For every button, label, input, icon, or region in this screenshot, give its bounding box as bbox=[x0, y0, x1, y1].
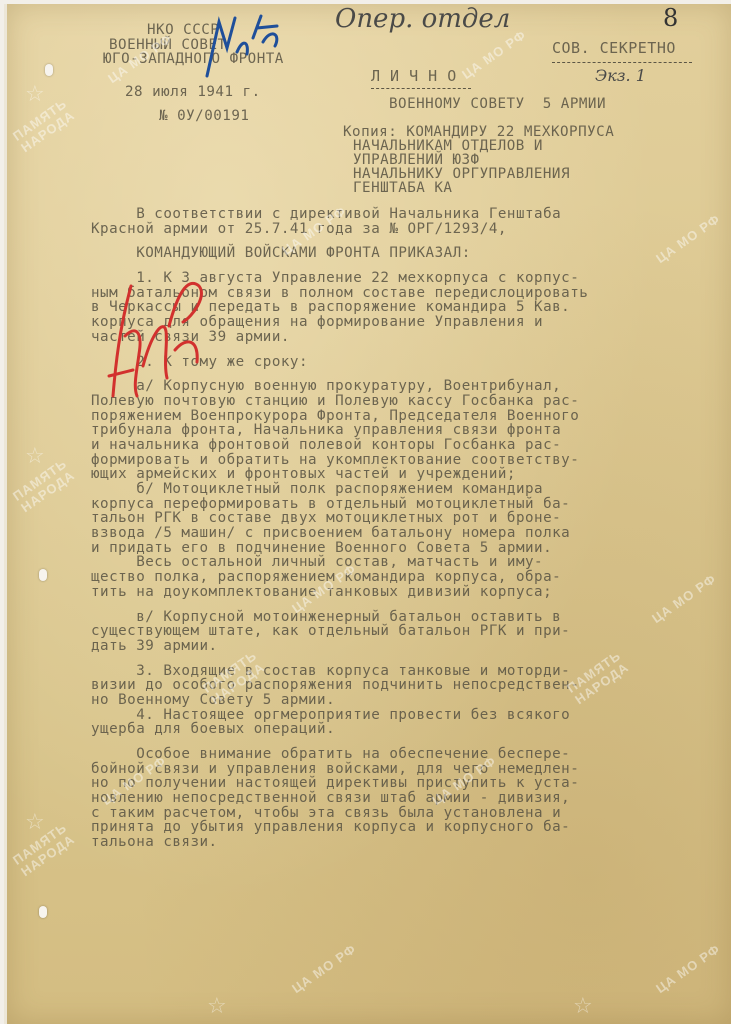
classification-underline bbox=[552, 62, 692, 63]
body-line: но по получении настоящей директивы прис… bbox=[91, 775, 588, 790]
body-line: но Военному Совету 5 армии. bbox=[91, 692, 588, 707]
body-line: ущерба для боевых операций. bbox=[91, 721, 588, 736]
blue-ink-signature bbox=[197, 8, 287, 78]
page-number: 8 bbox=[663, 4, 678, 32]
copy-number: Экз. 1 bbox=[595, 66, 646, 85]
body-line: 4. Настоящее оргмероприятие провести без… bbox=[91, 707, 588, 722]
body-line: визии до особого распоряжения подчинить … bbox=[91, 677, 588, 692]
punch-hole bbox=[39, 569, 47, 581]
handwritten-department-note: Опер. отдел bbox=[335, 4, 510, 34]
star-icon: ☆ bbox=[25, 82, 45, 107]
body-line: Особое внимание обратить на обеспечение … bbox=[91, 746, 588, 761]
body-line: тальона связи. bbox=[91, 834, 588, 849]
body-line: 3. Входящие в состав корпуса танковые и … bbox=[91, 663, 588, 678]
body-line: и придать его в подчинение Военного Сове… bbox=[91, 540, 588, 555]
body-line: существующем штате, как отдельный баталь… bbox=[91, 623, 588, 638]
body-line: дать 39 армии. bbox=[91, 638, 588, 653]
copy-recipient-line: ГЕНШТАБА КА bbox=[353, 180, 452, 196]
punch-hole bbox=[39, 906, 47, 918]
punch-hole bbox=[45, 64, 53, 76]
body-line: б/ Мотоциклетный полк распоряжением кома… bbox=[91, 481, 588, 496]
body-line: Красной армии от 25.7.41 года за № ОРГ/1… bbox=[91, 221, 588, 236]
body-line: поряжением Военпрокурора Фронта, Председ… bbox=[91, 408, 588, 423]
watermark-archive: ЦА МО РФ bbox=[654, 212, 723, 266]
red-pencil-mark bbox=[103, 266, 213, 406]
personal-underline bbox=[371, 88, 471, 89]
document-date: 28 июля 1941 г. bbox=[125, 84, 261, 100]
body-line: формировать и обратить на укомплектовани… bbox=[91, 452, 588, 467]
body-line: принята до убытия управления корпуса и к… bbox=[91, 819, 588, 834]
star-icon: ☆ bbox=[207, 994, 227, 1019]
document-page: Опер. отдел 8 НКО СССР ВОЕННЫЙ СОВЕТ ЮГО… bbox=[4, 4, 731, 1024]
body-line bbox=[91, 653, 588, 663]
body-line: взвода /5 машин/ с присвоением батальону… bbox=[91, 525, 588, 540]
body-line: новлению непосредственной связи штаб арм… bbox=[91, 790, 588, 805]
body-line: КОМАНДУЮЩИЙ ВОЙСКАМИ ФРОНТА ПРИКАЗАЛ: bbox=[91, 245, 588, 260]
body-line: тальон РГК в составе двух мотоциклетных … bbox=[91, 510, 588, 525]
star-icon: ☆ bbox=[25, 444, 45, 469]
body-line bbox=[91, 235, 588, 245]
personal-mark: Л И Ч Н О bbox=[371, 68, 457, 84]
body-line: в/ Корпусной мотоинженерный батальон ост… bbox=[91, 609, 588, 624]
classification-stamp: СОВ. СЕКРЕТНО bbox=[552, 40, 676, 56]
watermark-archive: ЦА МО РФ bbox=[654, 942, 723, 996]
body-line: ющих армейских и фронтовых частей и учре… bbox=[91, 466, 588, 481]
document-number: № 0У/00191 bbox=[159, 108, 249, 124]
watermark-archive: ЦА МО РФ bbox=[460, 28, 529, 82]
star-icon: ☆ bbox=[573, 994, 593, 1019]
watermark-archive: ЦА МО РФ bbox=[650, 572, 719, 626]
body-line: корпуса переформировать в отдельный мото… bbox=[91, 496, 588, 511]
body-line bbox=[91, 599, 588, 609]
addressee: ВОЕННОМУ СОВЕТУ 5 АРМИИ bbox=[389, 96, 606, 112]
watermark-archive: ЦА МО РФ bbox=[290, 942, 359, 996]
body-line bbox=[91, 736, 588, 746]
body-line: с таким расчетом, чтобы эта связь была у… bbox=[91, 805, 588, 820]
body-line: и начальника фронтовой полевой конторы Г… bbox=[91, 437, 588, 452]
body-line: трибунала фронта, Начальника управления … bbox=[91, 422, 588, 437]
star-icon: ☆ bbox=[25, 810, 45, 835]
